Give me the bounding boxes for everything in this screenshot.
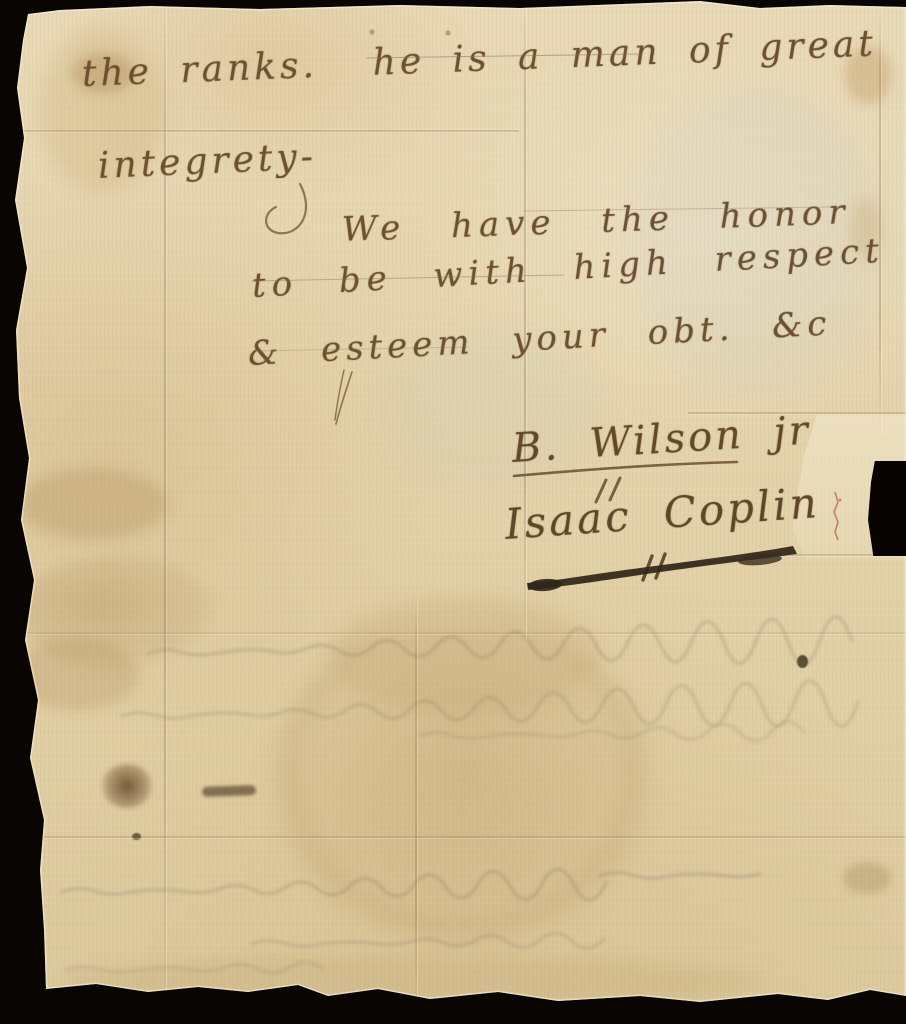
water-stain-center	[330, 596, 600, 716]
handwriting-line-1: the ranks. he is a man of great	[81, 23, 877, 95]
fold-crease-vertical-lower	[415, 600, 417, 1020]
handwriting-line-2: integrety-	[97, 136, 318, 187]
stain-bottom-right	[843, 862, 891, 894]
fold-crease-horizontal-upper	[14, 130, 519, 132]
water-stain-bottom-center	[262, 624, 662, 954]
water-stain-left-mid	[20, 556, 215, 668]
dark-ink-blot	[100, 764, 154, 808]
fold-crease-horizontal-lower	[0, 836, 906, 838]
water-stain-left-lower	[14, 638, 139, 710]
handwriting-line-5: & esteem your obt. &c	[247, 303, 832, 374]
letter-paper: the ranks. he is a man of great integret…	[0, 0, 906, 1024]
fold-crease-vertical-right	[879, 6, 881, 434]
dark-dash-mark	[202, 785, 256, 797]
scan-background: the ranks. he is a man of great integret…	[0, 0, 906, 1024]
ink-dots	[369, 29, 450, 35]
ink-smudge	[527, 546, 797, 592]
scan-cutout-notch	[868, 461, 906, 556]
signature-b-wilson-jr: B. Wilson jr	[511, 408, 813, 472]
fold-crease-horizontal-middle	[0, 632, 906, 634]
ditto-marks-coplin	[643, 554, 665, 580]
small-speck	[132, 833, 141, 840]
dark-speck	[797, 655, 808, 668]
water-stain-left-upper	[18, 468, 168, 540]
stain-bottom-edge	[60, 956, 764, 1008]
signature-isaac-coplin: Isaac Coplin	[503, 478, 821, 549]
